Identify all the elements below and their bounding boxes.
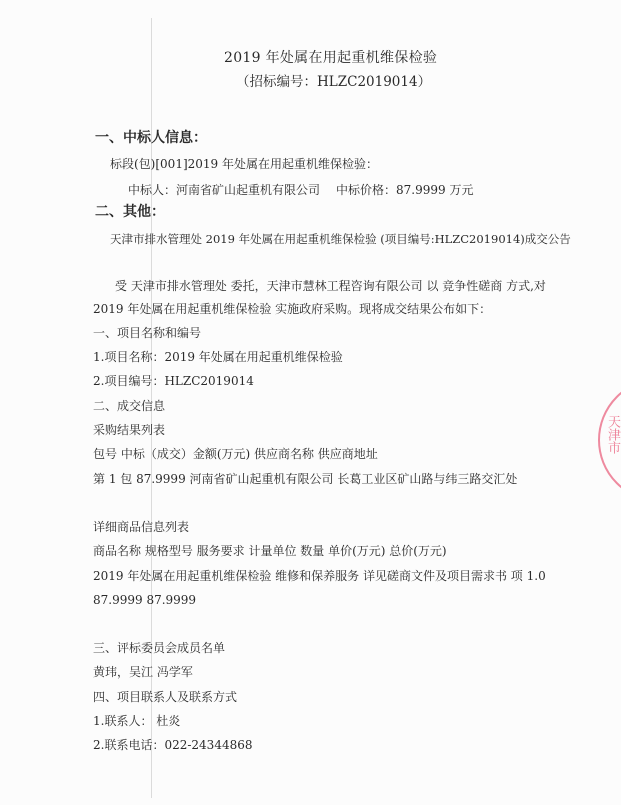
document-subtitle: （招标编号：HLZC2019014） (236, 75, 431, 89)
seal-text: 天津市 (605, 415, 619, 454)
winning-price: 中标价格：87.9999 万元 (336, 183, 473, 197)
section-other-heading: 二、其他： (95, 205, 165, 219)
detail-table-header: 商品名称 规格型号 服务要求 计量单位 数量 单价(万元) 总价(万元) (93, 544, 447, 558)
detail-table-title: 详细商品信息列表 (93, 520, 189, 534)
project-number: 2.项目编号：HLZC2019014 (93, 374, 254, 388)
section-winner-heading: 一、中标人信息： (95, 131, 207, 145)
detail-table-row-cont: 87.9999 87.9999 (93, 593, 196, 607)
document-title: 2019 年处属在用起重机维保检验 (224, 51, 437, 65)
intro-line-1: 受 天津市排水管理处 委托，天津市慧林工程咨询有限公司 以 竞争性磋商 方式,对 (115, 279, 546, 293)
project-name: 1.项目名称：2019 年处属在用起重机维保检验 (93, 350, 343, 364)
intro-line-2: 2019 年处属在用起重机维保检验 实施政府采购。现将成交结果公布如下： (93, 302, 491, 316)
committee-heading: 三、评标委员会成员名单 (93, 641, 225, 655)
deal-heading: 二、成交信息 (93, 399, 165, 413)
announcement-title: 天津市排水管理处 2019 年处属在用起重机维保检验 (项目编号:HLZC201… (110, 232, 571, 246)
result-table-title: 采购结果列表 (93, 423, 165, 437)
winner-name: 中标人：河南省矿山起重机有限公司 (128, 183, 320, 197)
result-table-row: 第 1 包 87.9999 河南省矿山起重机有限公司 长葛工业区矿山路与纬三路交… (93, 472, 517, 486)
contact-phone: 2.联系电话：022-24344868 (93, 738, 253, 752)
contact-heading: 四、项目联系人及联系方式 (93, 690, 237, 704)
committee-members: 黄玮，吴江 冯学军 (93, 665, 193, 679)
result-table-header: 包号 中标（成交）金额(万元) 供应商名称 供应商地址 (93, 447, 378, 461)
detail-table-row: 2019 年处属在用起重机维保检验 维修和保养服务 详见磋商文件及项目需求书 项… (93, 569, 546, 583)
lot-line: 标段(包)[001]2019 年处属在用起重机维保检验： (110, 157, 378, 171)
contact-person: 1.联系人： 杜炎 (93, 714, 180, 728)
project-heading: 一、项目名称和编号 (93, 326, 201, 340)
